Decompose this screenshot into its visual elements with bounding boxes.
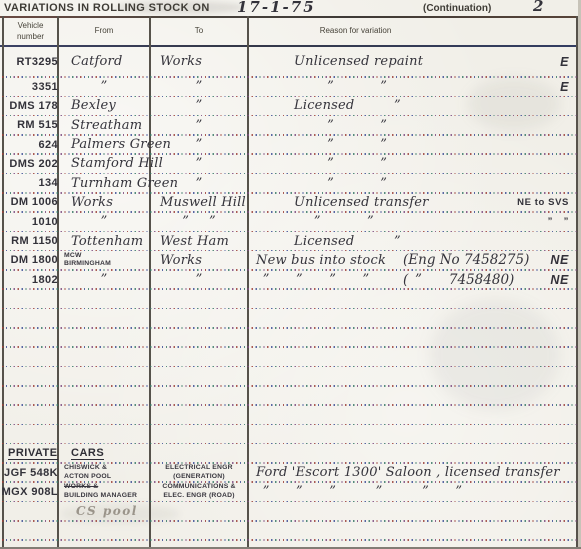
table-row: 1802”” ” ” ” ”( ” 7458480)NE — [3, 270, 577, 289]
to-cell: ELECTRICAL ENGR(GENERATION) — [150, 463, 248, 482]
vehicle-number-cell: RM 1150 — [3, 231, 61, 250]
vehicle-number-cell: RT3295 — [3, 47, 61, 78]
vehicle-number-cell — [3, 386, 61, 405]
reason-cell — [248, 444, 577, 463]
to-cell: Works — [150, 47, 258, 78]
to-cell — [150, 347, 258, 366]
to-cell: Muswell Hill — [150, 193, 258, 212]
vehicle-number-cell: MGX 908L — [3, 482, 61, 501]
vehicle-number-cell: 1802 — [3, 270, 61, 289]
table-row: JGF 548KCHISWICK &ACTON POOLELECTRICAL E… — [3, 463, 577, 482]
vehicle-number-cell: 624 — [3, 135, 61, 154]
to-cell: West Ham — [150, 231, 258, 250]
table-row: DM 1800MCWBIRMINGHAMWorksNew bus into st… — [3, 251, 577, 270]
reason-cell — [248, 502, 577, 521]
table-row-empty — [3, 405, 577, 424]
to-cell — [150, 309, 258, 328]
from-cell: Palmers Green — [58, 135, 163, 154]
to-cell: ” ” — [150, 212, 248, 231]
reason-cell: ” ” ” ” ” ” — [248, 482, 577, 501]
to-cell — [150, 328, 258, 347]
vehicle-number-cell — [3, 521, 61, 540]
from-cell — [58, 521, 163, 540]
margin-note: E — [560, 55, 569, 69]
reason-cell: Unlicensed transferNE to SVS — [248, 193, 577, 212]
from-cell — [58, 366, 163, 385]
to-cell — [150, 502, 258, 521]
table-row-empty — [3, 424, 577, 443]
vehicle-number-cell: 1010 — [3, 212, 61, 231]
reason-cell: ” ” — [248, 154, 577, 173]
reason-cell — [248, 347, 577, 366]
to-cell: ” — [150, 135, 248, 154]
reason-cell: New bus into stock(Eng No 7458275)NE — [248, 251, 577, 270]
table-row: MGX 908LWORKS &BUILDING MANAGERCOMMUNICA… — [3, 482, 577, 501]
from-cell — [58, 328, 163, 347]
form-title: VARIATIONS IN ROLLING STOCK ON — [4, 2, 210, 14]
table-row: 3351”” ” ”E — [3, 77, 577, 96]
table-row: RT3295CatfordWorksUnlicensed repaintE — [3, 47, 577, 78]
reason-cell — [248, 366, 577, 385]
table-body: RT3295CatfordWorksUnlicensed repaintE335… — [3, 47, 577, 549]
to-cell: ” — [150, 173, 248, 192]
to-cell — [150, 444, 258, 463]
from-cell: Bexley — [58, 96, 163, 115]
table-row: DMS 202Stamford Hill” ” ” — [3, 154, 577, 173]
reason-cell: ” ”” ” — [248, 212, 577, 231]
page-number: 2 — [533, 0, 543, 15]
from-cell — [58, 289, 163, 308]
to-cell: ” — [150, 116, 248, 135]
from-cell: WORKS &BUILDING MANAGER — [58, 482, 156, 501]
table-row: CS pool — [3, 502, 577, 521]
table-top-rule — [0, 16, 581, 18]
vehicle-number-cell — [3, 289, 61, 308]
from-cell: CHISWICK &ACTON POOL — [58, 463, 156, 482]
to-cell: Works — [150, 251, 258, 270]
reason-cell — [248, 424, 577, 443]
table-row-empty — [3, 328, 577, 347]
table-row: PRIVATECARS — [3, 444, 577, 463]
vehicle-number-cell: DMS 202 — [3, 154, 61, 173]
reason-cell: ” ” — [248, 116, 577, 135]
to-cell: ” — [150, 270, 248, 289]
from-cell — [58, 424, 163, 443]
vehicle-number-cell — [3, 347, 61, 366]
to-cell — [150, 366, 258, 385]
scanned-ledger-page: VARIATIONS IN ROLLING STOCK ON 17-1-75 (… — [0, 0, 581, 549]
reason-cell: Unlicensed repaintE — [248, 47, 577, 78]
margin-note: NE to SVS — [517, 197, 569, 208]
table-row: RM 515Streatham” ” ” — [3, 116, 577, 135]
from-cell: ” — [58, 270, 150, 289]
vehicle-number-cell: 134 — [3, 173, 61, 192]
continuation-label: (Continuation) — [423, 3, 491, 14]
to-cell — [150, 386, 258, 405]
engine-number-note: (Eng No 7458275) — [403, 252, 529, 268]
table-row-empty — [3, 386, 577, 405]
reason-cell: ” ”E — [248, 77, 577, 96]
table-row: RM 1150TottenhamWest HamLicensed ” — [3, 231, 577, 250]
vehicle-number-cell: DM 1006 — [3, 193, 61, 212]
from-cell: Streatham — [58, 116, 163, 135]
vehicle-number-cell — [3, 366, 61, 385]
reason-cell: ” ” — [248, 135, 577, 154]
reason-cell — [248, 386, 577, 405]
table-row: DMS 178Bexley”Licensed ” — [3, 96, 577, 115]
margin-note: NE — [550, 273, 569, 287]
table-row: 1010”” ” ” ”” ” — [3, 212, 577, 231]
reason-cell: Ford 'Escort 1300' Saloon , licensed tra… — [248, 463, 577, 482]
from-cell: ” — [58, 77, 150, 96]
from-cell — [58, 405, 163, 424]
vehicle-number-cell — [3, 309, 61, 328]
table-row-empty — [3, 347, 577, 366]
reason-cell — [248, 328, 577, 347]
margin-note: ” ” — [548, 216, 569, 227]
to-cell: ” — [150, 96, 248, 115]
from-cell: ” — [58, 212, 150, 231]
from-cell: Catford — [58, 47, 163, 78]
from-cell: Works — [58, 193, 163, 212]
vehicle-number-cell: RM 515 — [3, 116, 61, 135]
table-row-empty — [3, 309, 577, 328]
to-cell — [150, 405, 258, 424]
col-header-vehicle-number: Vehicle number — [3, 19, 58, 44]
reason-cell — [248, 289, 577, 308]
vehicle-number-cell — [3, 405, 61, 424]
table-row: 134Turnham Green” ” ” — [3, 173, 577, 192]
vehicle-number-cell — [3, 502, 61, 521]
vehicle-number-cell: DMS 178 — [3, 96, 61, 115]
reason-cell: Licensed ” — [248, 231, 577, 250]
col-header-reason: Reason for variation — [248, 19, 463, 44]
from-cell — [58, 347, 163, 366]
engine-number-note: ( ” 7458480) — [403, 272, 514, 288]
to-cell: ” — [150, 154, 248, 173]
reason-cell — [248, 405, 577, 424]
vehicle-number-cell: JGF 548K — [3, 463, 61, 482]
from-cell: Turnham Green — [58, 173, 163, 192]
to-cell — [150, 424, 258, 443]
table-row-empty — [3, 289, 577, 308]
from-cell: CARS — [58, 444, 163, 463]
to-cell — [150, 289, 258, 308]
table-row: DM 1006WorksMuswell HillUnlicensed trans… — [3, 193, 577, 212]
to-cell: COMMUNICATIONS &ELEC. ENGR (ROAD) — [150, 482, 248, 501]
vehicle-number-cell: 3351 — [3, 77, 61, 96]
to-cell — [150, 521, 258, 540]
margin-note: NE — [550, 253, 569, 267]
vehicle-number-cell — [3, 424, 61, 443]
margin-note: E — [560, 80, 569, 94]
table-row-empty — [3, 366, 577, 385]
table-row-empty — [3, 521, 577, 540]
from-cell — [58, 386, 163, 405]
table-row: 624Palmers Green” ” ” — [3, 135, 577, 154]
reason-cell — [248, 521, 577, 540]
from-cell: Stamford Hill — [58, 154, 163, 173]
vehicle-number-cell: PRIVATE — [3, 444, 66, 463]
reason-cell: ” ” — [248, 173, 577, 192]
reason-cell: ” ” ” ”( ” 7458480)NE — [248, 270, 577, 289]
reason-cell: Licensed ” — [248, 96, 577, 115]
scan-edge-right — [578, 0, 581, 549]
from-cell: Tottenham — [58, 231, 163, 250]
vehicle-number-cell — [3, 328, 61, 347]
vehicle-number-cell: DM 1800 — [3, 251, 61, 270]
from-cell: MCWBIRMINGHAM — [58, 251, 156, 270]
to-cell: ” — [150, 77, 248, 96]
col-header-to: To — [150, 19, 248, 44]
handwritten-date: 17-1-75 — [237, 0, 316, 16]
col-header-from: From — [58, 19, 150, 44]
reason-cell — [248, 309, 577, 328]
from-cell — [58, 309, 163, 328]
